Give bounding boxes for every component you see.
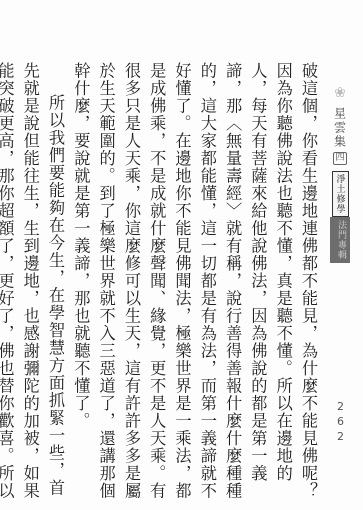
paragraph-2: 所以我們要能夠在今生，在學智慧方面抓緊一些，首先就是說但能往生，生到邊地，也感謝… [0, 62, 68, 502]
volume-mark: 四 [333, 152, 346, 165]
body-text: 破這個，你看生邊地連佛都不能見，為什麼不能見佛呢？因為你聽佛說法也聽不懂，真是聽… [0, 62, 321, 502]
book-title: 星雲集 [332, 107, 349, 149]
page-header-sidebar: ❀ 星雲集 四 淨土修學 法門專輯 [329, 85, 351, 263]
paragraph-1: 破這個，你看生邊地連佛都不能見，為什麼不能見佛呢？因為你聽佛說法也聽不懂，真是聽… [68, 62, 321, 502]
book-page: ❀ 星雲集 四 淨土修學 法門專輯 破這個，你看生邊地連佛都不能見，為什麼不能見… [0, 0, 363, 510]
section-label: 淨土修學 [332, 171, 349, 217]
page-number: 262 [334, 400, 347, 445]
lotus-logo-icon: ❀ [330, 85, 350, 101]
section-label-dark: 法門專輯 [330, 217, 350, 263]
